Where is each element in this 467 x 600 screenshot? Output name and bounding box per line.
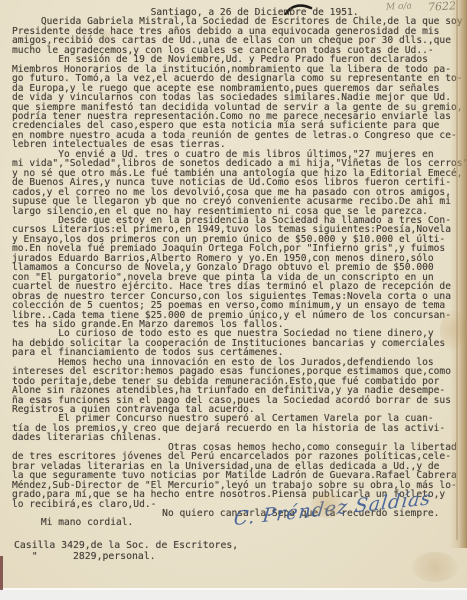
paper-stain <box>412 552 458 582</box>
letter-paragraph-greeting: Querida Gabriela Mistral,la Sociedad de … <box>12 17 460 55</box>
letter-page: M o/a 7622 Santiago, a 26 de Diciembre d… <box>0 0 467 590</box>
page-edge-crease <box>456 0 458 540</box>
footer-address: Casilla 3429,de la Soc. de Escritores, "… <box>14 540 238 562</box>
scanned-letter-page: { "colors":{ "paper":"#ece4cf", "ink":"#… <box>0 0 467 600</box>
footer-address-line2: " 2829,personal. <box>14 551 238 562</box>
letter-paragraph-honorary-membership: En sesión de 19 de Noviembre,Ud. y Pedro… <box>12 55 460 150</box>
letter-paragraph-certamen-varela: El primer Concurso nuestro superó al Cer… <box>12 414 460 442</box>
letter-paragraph-society-funding: Lo curioso de todo esto es que nuestra S… <box>12 329 460 357</box>
page-edge-shadow <box>450 0 467 548</box>
letter-paragraph-books-sent: Yo envié a Ud. tres o cuatro de mis libr… <box>12 150 460 216</box>
footer-address-line1: Casilla 3429,de la Soc. de Escritores, <box>14 540 238 551</box>
letter-body: Santiago, a 26 de Diciembre de 1951. Que… <box>12 8 460 528</box>
scan-edge-sliver <box>0 556 3 590</box>
letter-paragraph-literary-contests: Desde que estoy en la presidencia la Soc… <box>12 216 460 329</box>
letter-paragraph-jury-payment: Hemos hecho una innovación en esto de lo… <box>12 358 460 415</box>
